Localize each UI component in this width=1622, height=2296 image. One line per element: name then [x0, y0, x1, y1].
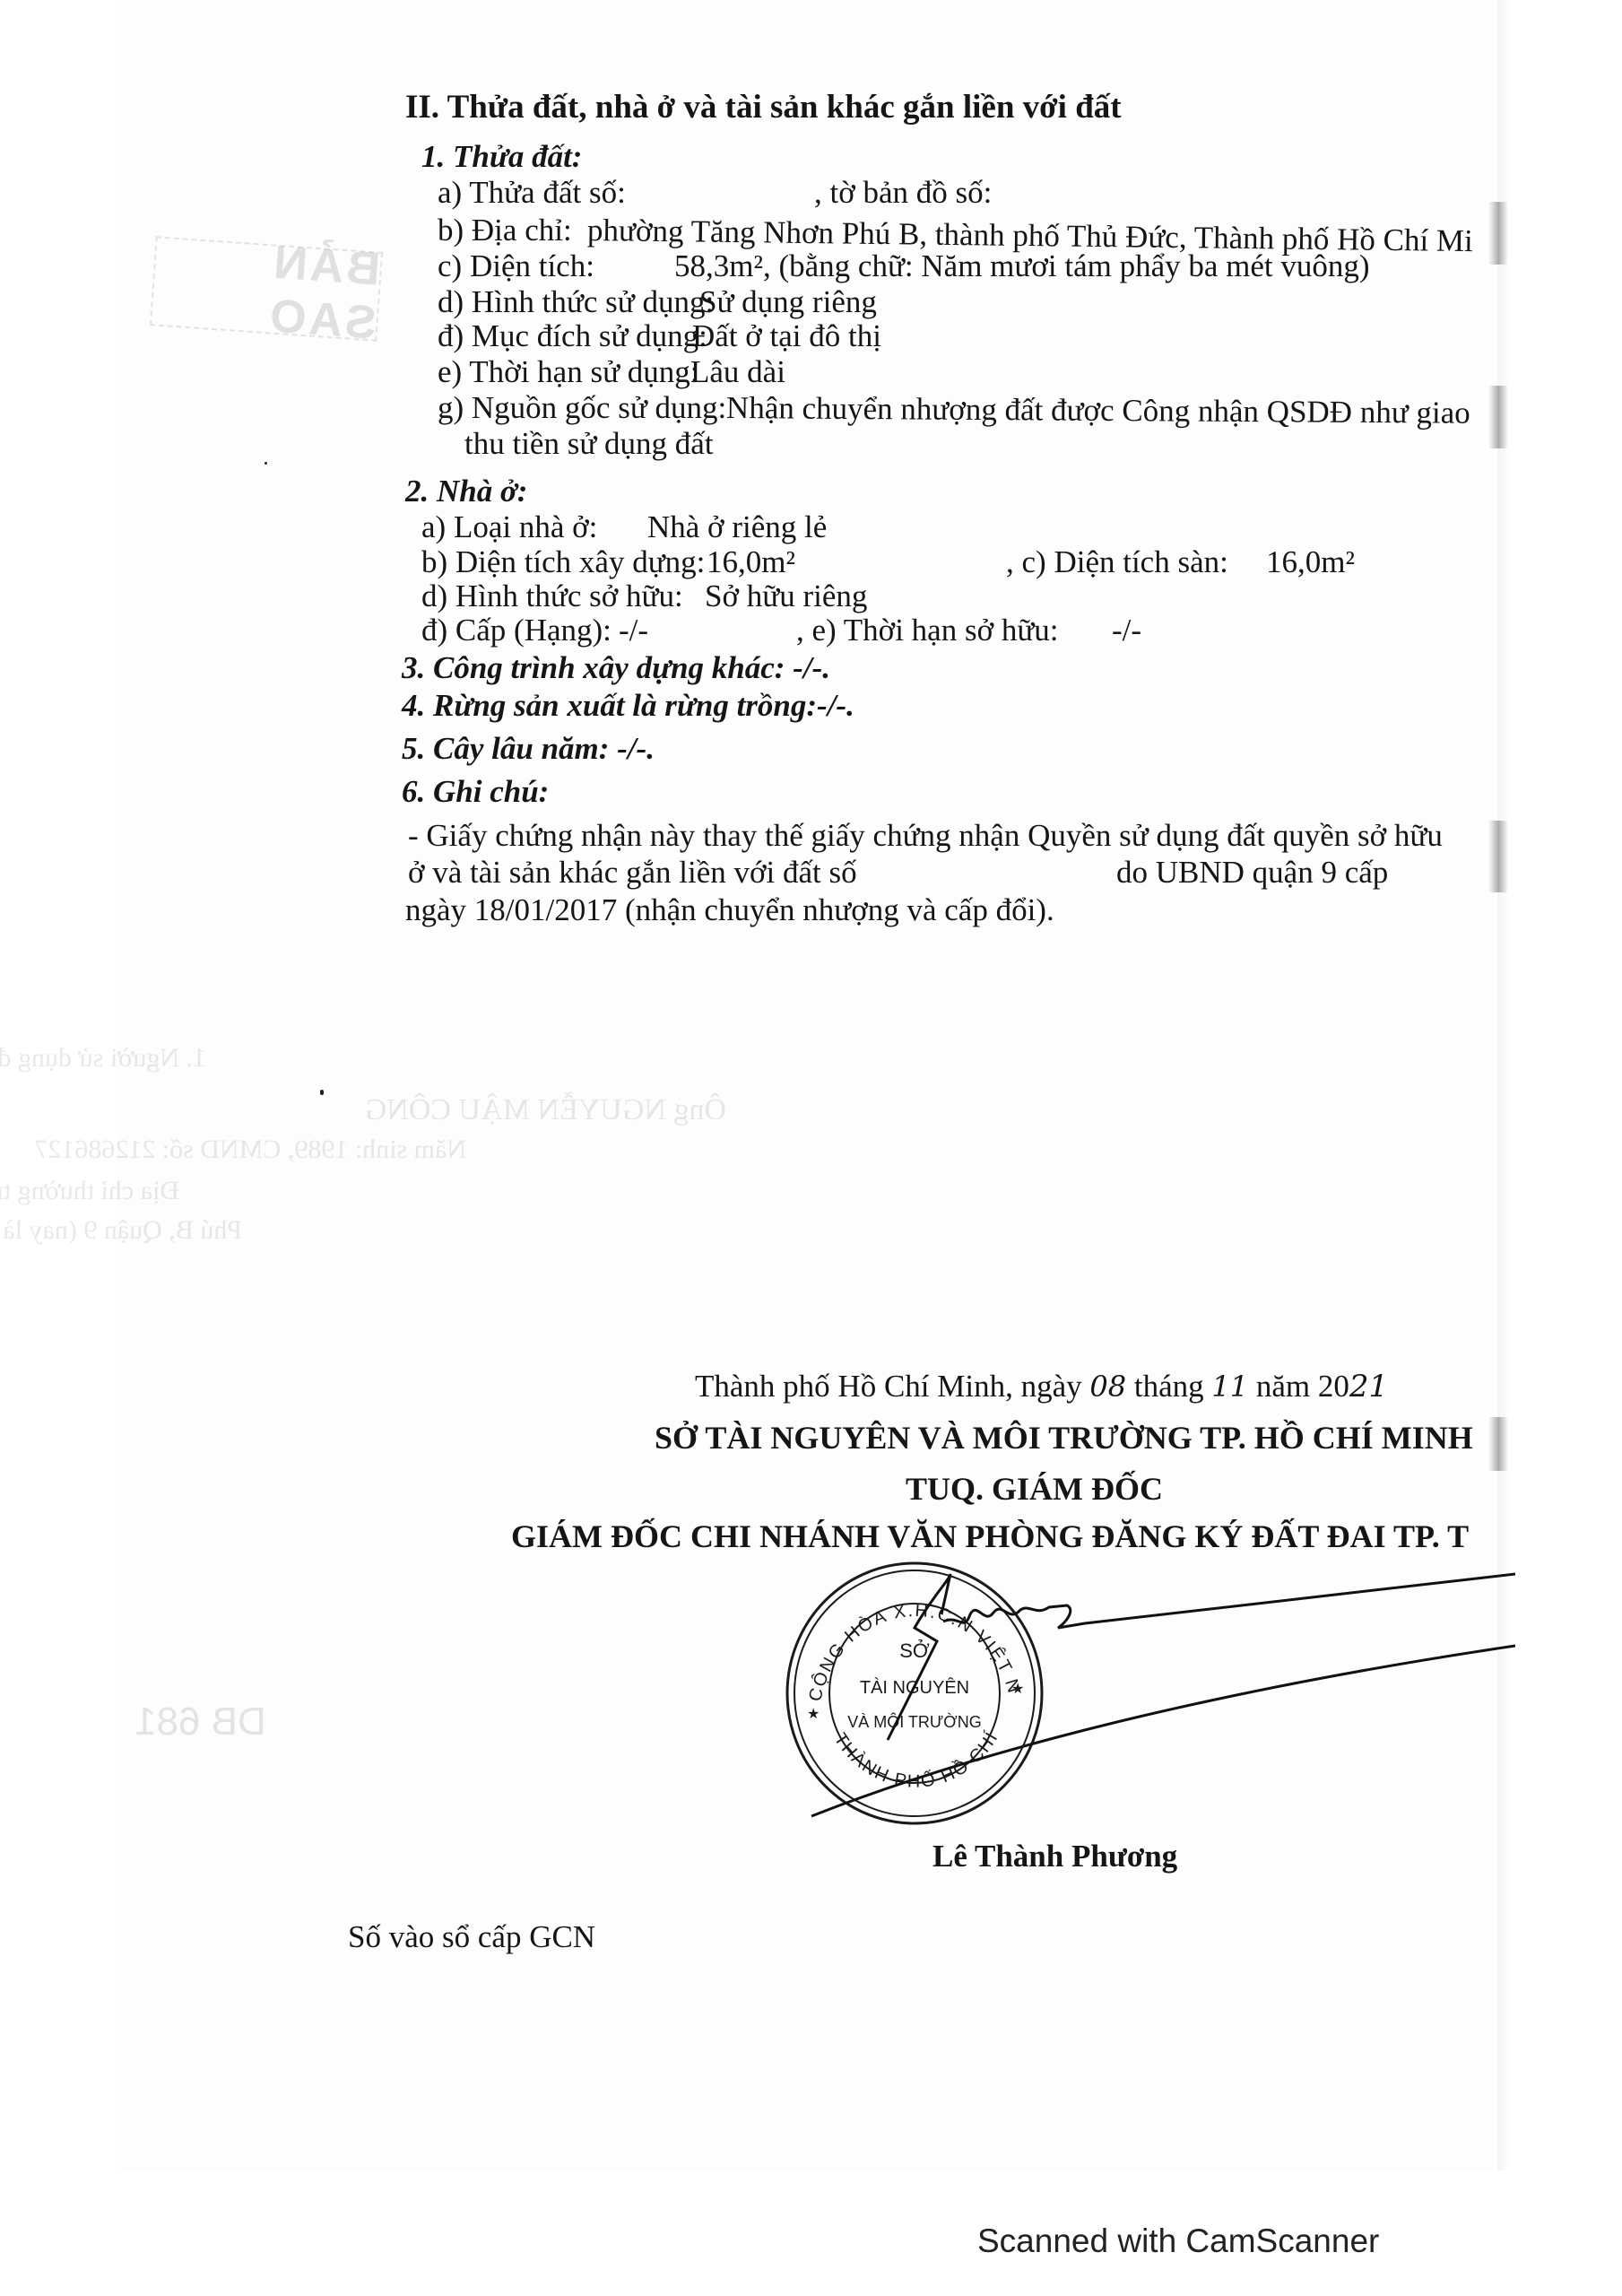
built-area-label: b) Diện tích xây dựng:: [421, 544, 705, 580]
built-area-value: 16,0m²: [707, 544, 795, 580]
purpose-value: Đất ở tại đô thị: [692, 318, 881, 354]
term-label: e) Thời hạn sử dụng:: [438, 354, 699, 390]
notes-line-3: ngày 18/01/2017 (nhận chuyển nhượng và c…: [405, 892, 1054, 928]
address-label: b) Địa chỉ:: [438, 213, 572, 248]
purpose-label: đ) Mục đích sử dụng:: [438, 318, 707, 354]
year-label: năm 20: [1256, 1369, 1349, 1404]
edge-shadow: [1488, 1417, 1508, 1471]
house-type-value: Nhà ở riêng lẻ: [647, 509, 827, 545]
floor-area-value: 16,0m²: [1266, 544, 1355, 580]
ghost-line-1: 1. Người sử dụng đất, chủ sở hữu nhà ở v…: [0, 1040, 206, 1076]
use-form-label: d) Hình thức sử dụng:: [438, 284, 714, 320]
date-day: 08: [1089, 1370, 1126, 1404]
notes-title: 6. Ghi chú:: [402, 774, 549, 810]
signer-name: Lê Thành Phương: [932, 1839, 1177, 1874]
position-title: GIÁM ĐỐC CHI NHÁNH VĂN PHÒNG ĐĂNG KÝ ĐẤT…: [511, 1518, 1469, 1554]
date-line: Thành phố Hồ Chí Minh, ngày 08 tháng 11 …: [695, 1369, 1388, 1405]
page-edge: [1497, 0, 1510, 2170]
grade-label: đ) Cấp (Hạng):: [421, 613, 612, 648]
date-prefix: Thành phố Hồ Chí Minh, ngày: [695, 1369, 1082, 1404]
edge-shadow: [1488, 386, 1508, 448]
ghost-line-2: Ông NGUYỄN MẬU CÔNG: [365, 1092, 726, 1128]
edge-shadow: [1488, 202, 1508, 265]
speck: [320, 1090, 324, 1095]
area-label: c) Diện tích:: [438, 248, 594, 284]
registry-label: Số vào sổ cấp GCN: [348, 1919, 595, 1955]
term-value: Lâu dài: [690, 354, 785, 390]
origin-value-2: thu tiền sử dụng đất: [464, 426, 714, 462]
house-title: 2. Nhà ở:: [405, 474, 527, 509]
ghost-line-4: Địa chỉ thường trú: 98/16 đường 8, tổ dâ…: [0, 1173, 179, 1209]
ghost-line-5: Phú B, Quận 9 (nay là thành phố Thủ Đức)…: [0, 1213, 242, 1248]
ownership-value: Sở hữu riêng: [705, 578, 867, 614]
land-title: 1. Thửa đất:: [421, 139, 582, 175]
section-heading: II. Thửa đất, nhà ở và tài sản khác gắn …: [405, 90, 1122, 126]
own-term-value: -/-: [1112, 613, 1141, 648]
origin-value-1: Nhận chuyển nhượng đất được Công nhận QS…: [726, 390, 1470, 431]
other-construction: 3. Công trình xây dựng khác: -/-.: [402, 650, 830, 686]
parcel-no-label: a) Thửa đất số:: [438, 175, 626, 211]
handwritten-signature: [780, 1561, 1515, 1830]
notes-line-2b: do UBND quận 9 cấp: [1116, 855, 1388, 891]
camscanner-watermark: Scanned with CamScanner: [977, 2222, 1379, 2260]
house-type-label: a) Loại nhà ở:: [421, 509, 597, 545]
ghost-serial: DB 681: [134, 1700, 266, 1744]
month-label: tháng: [1134, 1369, 1204, 1404]
speck: [265, 462, 267, 465]
date-month: 11: [1211, 1370, 1248, 1404]
area-value: 58,3m², (bằng chữ: Năm mươi tám phẩy ba …: [674, 248, 1370, 284]
perennial: 5. Cây lâu năm: -/-.: [402, 731, 655, 767]
notes-line-2a: ở và tài sản khác gắn liền với đất số: [408, 855, 857, 891]
forest: 4. Rừng sản xuất là rừng trồng:-/-.: [402, 688, 854, 724]
copy-stamp: BẢN SAO: [150, 236, 383, 341]
grade-value: -/-: [619, 613, 648, 648]
agency-name: SỞ TÀI NGUYÊN VÀ MÔI TRƯỜNG TP. HỒ CHÍ M…: [655, 1420, 1473, 1456]
origin-label: g) Nguồn gốc sử dụng:: [438, 390, 726, 426]
on-behalf: TUQ. GIÁM ĐỐC: [906, 1471, 1163, 1507]
map-sheet-label: , tờ bản đồ số:: [814, 175, 992, 211]
floor-area-label: , c) Diện tích sàn:: [1006, 544, 1228, 580]
ownership-label: d) Hình thức sở hữu:: [421, 578, 683, 614]
use-form-value: Sử dụng riêng: [699, 284, 877, 320]
date-year: 21: [1349, 1369, 1388, 1405]
notes-line-1: - Giấy chứng nhận này thay thế giấy chứn…: [408, 818, 1443, 854]
own-term-label: , e) Thời hạn sở hữu:: [796, 613, 1059, 648]
edge-shadow: [1488, 821, 1508, 892]
ghost-line-3: Năm sinh: 1989, CMND số: 212686127: [34, 1132, 466, 1168]
